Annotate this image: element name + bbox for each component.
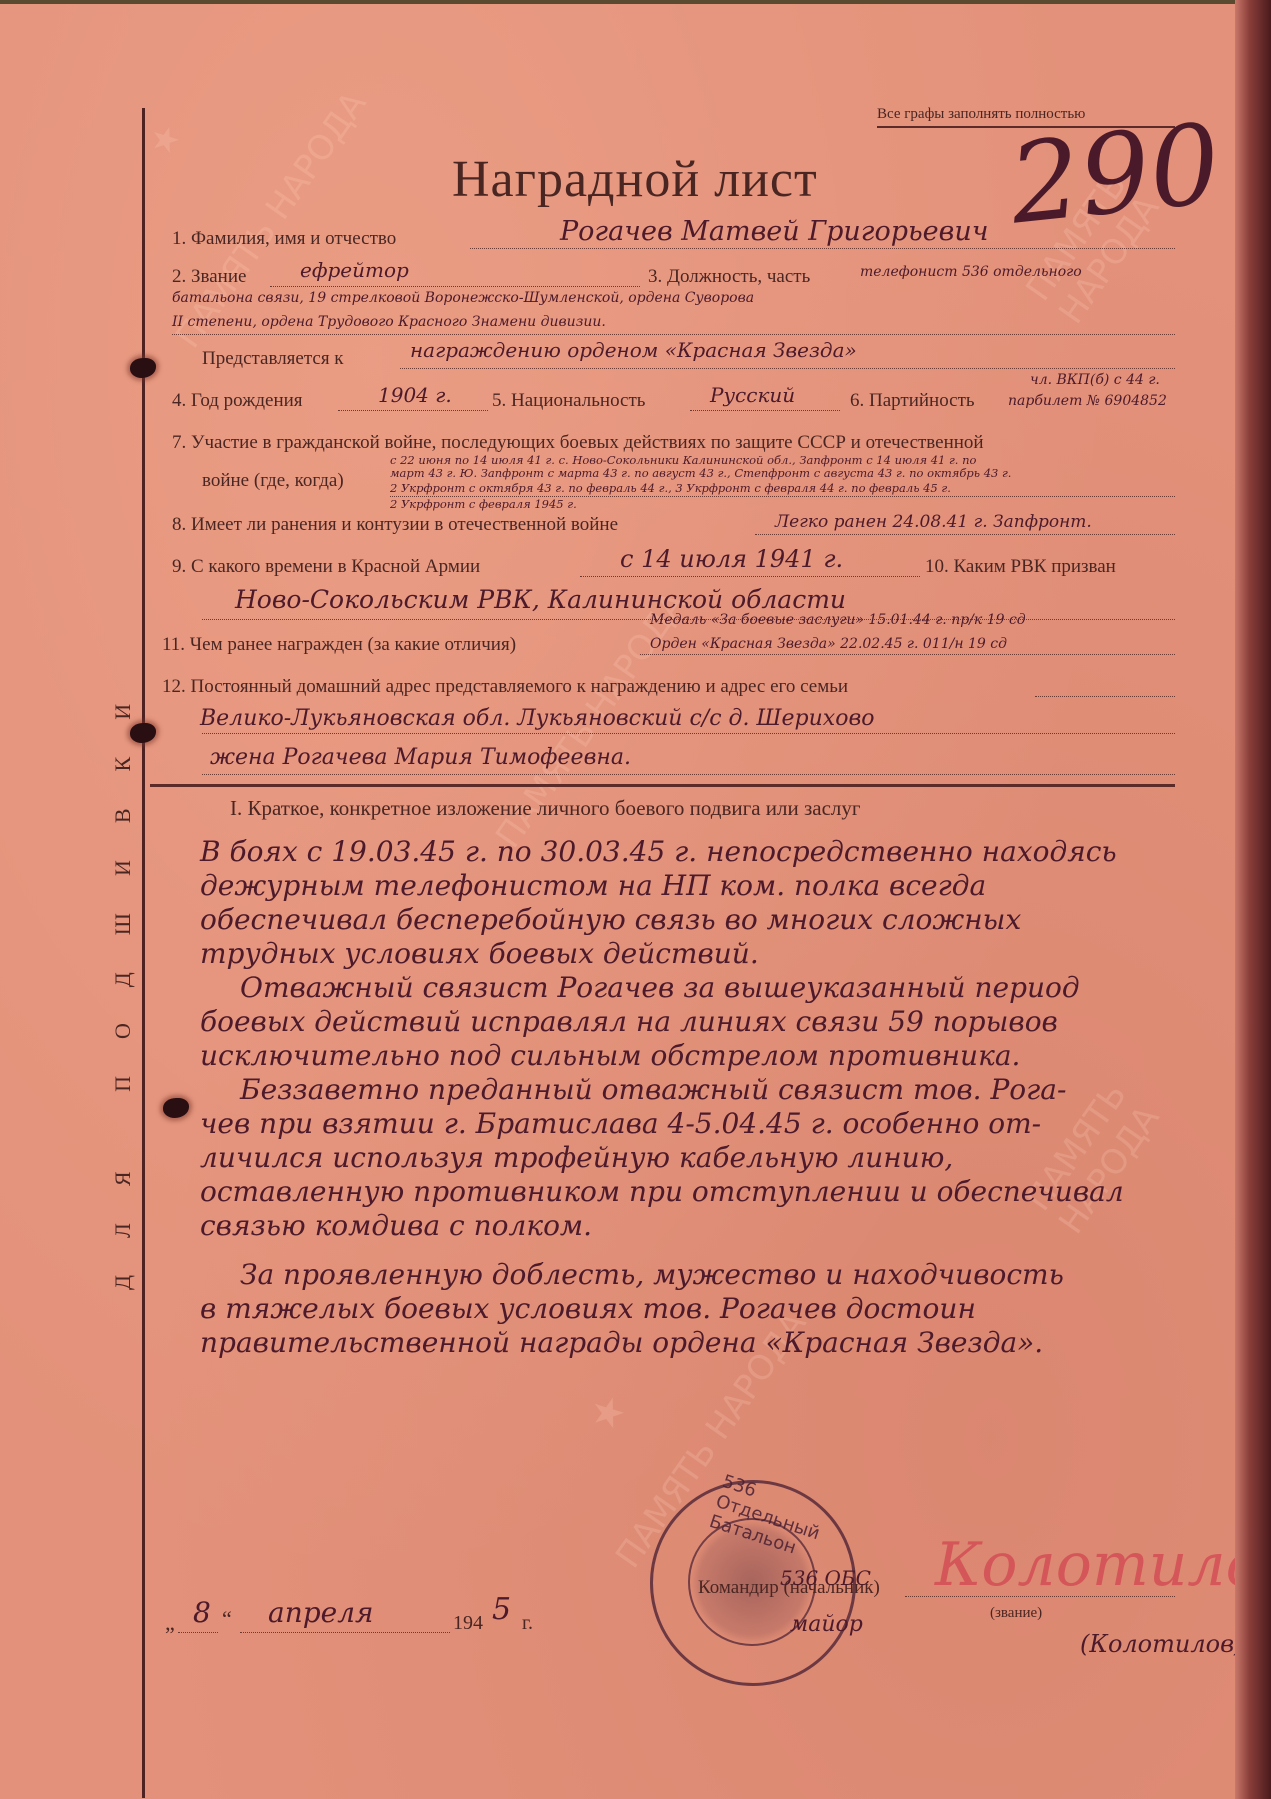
punch-hole [130, 723, 156, 743]
field-1-label: 1. Фамилия, имя и отчество [172, 228, 396, 250]
narrative-line: чев при взятии г. Братислава 4-5.04.45 г… [200, 1107, 1041, 1141]
watermark-star-icon: ★ [140, 116, 190, 164]
field-7-value-line2: март 43 г. Ю. Запфронт с марта 43 г. по … [390, 466, 1011, 480]
field-3-value-line2: батальона связи, 19 стрелковой Воронежск… [172, 290, 754, 306]
field-7-label-line1: 7. Участие в гражданской войне, последую… [172, 432, 984, 454]
narrative-line: трудных условиях боевых действий. [200, 937, 759, 971]
unit-stamp-text: 536 ОБС [780, 1566, 871, 1590]
nomination-label: Представляется к [202, 348, 344, 370]
punch-hole [163, 1098, 189, 1118]
field-1-value: Рогачев Матвей Григорьевич [560, 216, 989, 247]
red-pencil-signature: Колотилов [935, 1530, 1271, 1600]
nomination-value: награждению орденом «Красная Звезда» [410, 338, 857, 362]
field-3-label: 3. Должность, часть [648, 266, 810, 288]
field-4-label: 4. Год рождения [172, 390, 303, 412]
field-6-value-line1: чл. ВКП(б) с 44 г. [1030, 372, 1160, 388]
field-10-value: Ново-Сокольским РВК, Калининской области [235, 585, 846, 614]
section-1-heading: I. Краткое, конкретное изложение личного… [230, 796, 861, 821]
narrative-line: Отважный связист Рогачев за вышеуказанны… [240, 971, 1080, 1005]
watermark-star-icon: ★ [579, 1385, 637, 1441]
field-8-value: Легко ранен 24.08.41 г. Запфронт. [775, 512, 1092, 532]
field-11-value-line1: Медаль «За боевые заслуги» 15.01.44 г. п… [650, 612, 1026, 628]
narrative-line: оставленную противником при отступлении … [200, 1175, 1124, 1209]
field-10-label: 10. Каким РВК призван [925, 556, 1116, 578]
date-year-suffix: 5 [492, 1592, 511, 1627]
narrative-line: В боях с 19.03.45 г. по 30.03.45 г. непо… [200, 835, 1117, 869]
field-3-value-line1: телефонист 536 отдельного [860, 264, 1082, 280]
narrative-line: правительственной награды ордена «Красна… [200, 1326, 1043, 1360]
margin-label: ДЛЯ ПОДШИВКИ [110, 667, 136, 1290]
field-12-value-line2: жена Рогачева Мария Тимофеевна. [210, 745, 631, 770]
narrative-line: исключительно под сильным обстрелом прот… [200, 1039, 1020, 1073]
rank-caption: (звание) [990, 1605, 1042, 1622]
field-7-value-line3: 2 Укрфронт с октября 43 г. по февраль 44… [390, 481, 951, 495]
field-6-value-line2: парбилет № 6904852 [1008, 393, 1167, 409]
field-11-value-line2: Орден «Красная Звезда» 22.02.45 г. 011/н… [650, 636, 1007, 652]
field-12-value-line1: Велико-Лукьяновская обл. Лукьяновский с/… [200, 706, 875, 731]
narrative-line: обеспечивал бесперебойную связь во многи… [200, 903, 1021, 937]
date-year-g: г. [522, 1612, 533, 1635]
narrative-line: личился используя трофейную кабельную ли… [200, 1141, 953, 1175]
page-title: Наградной лист [452, 150, 818, 209]
date-open-quote: „ [165, 1610, 175, 1636]
document-number: 290 [1004, 99, 1226, 248]
field-9-value: с 14 июля 1941 г. [620, 545, 843, 573]
narrative-line: За проявленную доблесть, мужество и нахо… [240, 1258, 1064, 1292]
field-4-value: 1904 г. [378, 383, 452, 407]
field-12-label: 12. Постоянный домашний адрес представля… [162, 676, 848, 698]
field-11-label: 11. Чем ранее награжден (за какие отличи… [162, 634, 516, 656]
signatory-name: (Колотилов) [1080, 1630, 1243, 1658]
narrative-line: дежурным телефонистом на НП ком. полка в… [200, 869, 986, 903]
narrative-line: связью комдива с полком. [200, 1209, 592, 1243]
date-close-quote: “ [222, 1606, 232, 1632]
field-2-label: 2. Звание [172, 266, 246, 288]
award-sheet: ★ ПАМЯТЬ НАРОДА ПАМЯТЬ НАРОДА ПАМЯТЬ НАР… [0, 0, 1240, 1799]
field-3-value-line3: II степени, ордена Трудового Красного Зн… [172, 314, 606, 330]
date-year-prefix: 194 [453, 1612, 483, 1635]
date-day: 8 [193, 1596, 211, 1629]
field-7-value-line4: 2 Укрфронт с февраля 1945 г. [390, 497, 577, 511]
field-2-value: ефрейтор [300, 258, 409, 282]
field-7-value-line1: с 22 июня по 14 июля 41 г. с. Ново-Сокол… [390, 453, 976, 467]
field-6-label: 6. Партийность [850, 390, 975, 412]
narrative-line: в тяжелых боевых условиях тов. Рогачев д… [200, 1292, 976, 1326]
field-5-value: Русский [710, 383, 795, 407]
rank-handwritten: майор [790, 1612, 863, 1637]
field-8-label: 8. Имеет ли ранения и контузии в отечест… [172, 514, 618, 536]
field-9-label: 9. С какого времени в Красной Армии [172, 556, 480, 578]
punch-hole [130, 358, 156, 378]
section-divider [150, 784, 1175, 787]
field-5-label: 5. Национальность [492, 390, 645, 412]
scan-top-edge [0, 0, 1271, 4]
scan-right-edge [1235, 0, 1271, 1799]
field-7-label-line2: войне (где, когда) [202, 470, 344, 492]
narrative-line: Беззаветно преданный отважный связист то… [240, 1073, 1066, 1107]
date-month: апреля [268, 1596, 374, 1629]
narrative-line: боевых действий исправлял на линиях связ… [200, 1005, 1058, 1039]
